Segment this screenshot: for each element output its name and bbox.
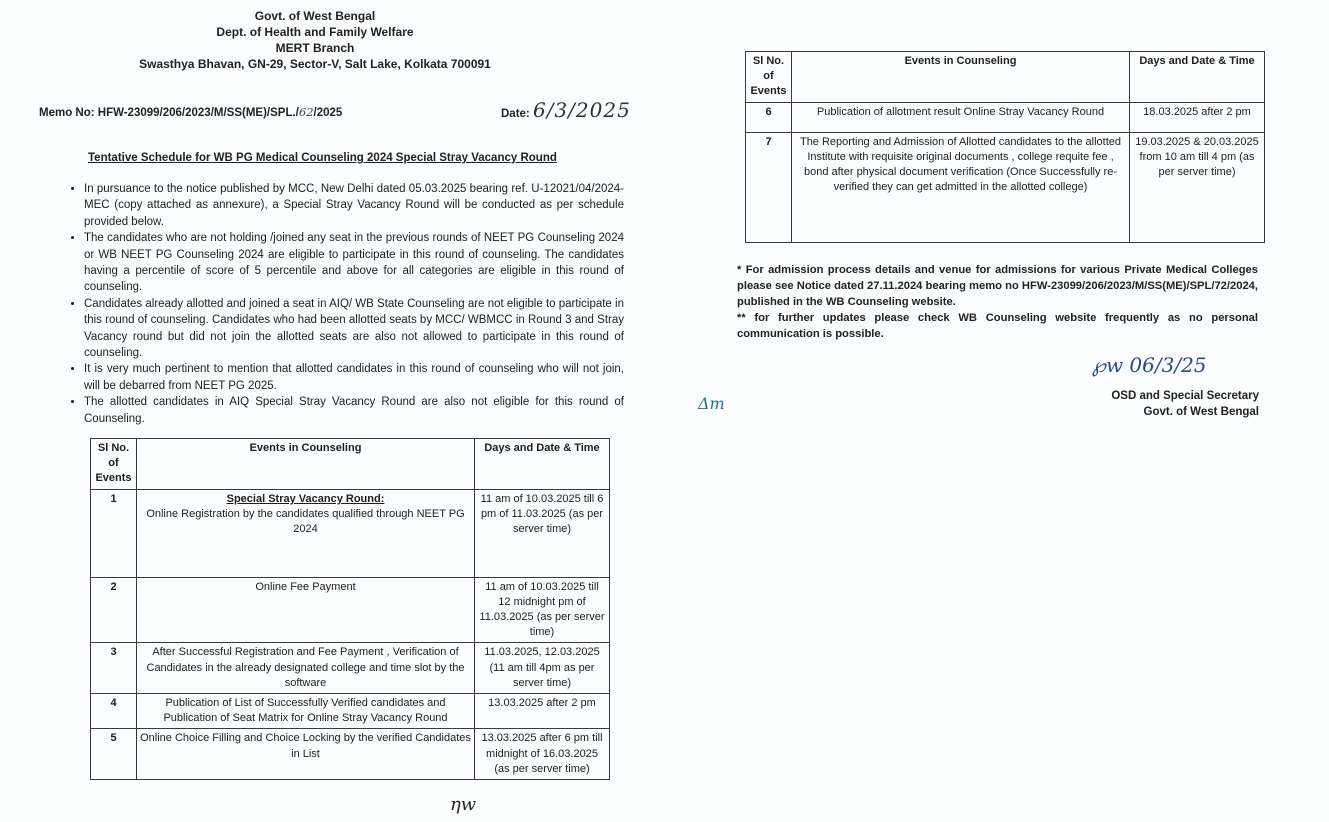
memo-date: Date: 6/3/2025 <box>501 98 631 122</box>
footnotes: * For admission process details and venu… <box>737 262 1258 342</box>
footnote-updates: ** for further updates please check WB C… <box>737 310 1258 342</box>
row-datetime: 13.03.2025 after 6 pm till midnight of 1… <box>475 729 610 780</box>
table-row: 1 Special Stray Vacancy Round: Online Re… <box>91 489 610 577</box>
table-header-row: Sl No. of Events Events in Counseling Da… <box>91 439 610 490</box>
list-item: It is very much pertinent to mention tha… <box>84 361 624 394</box>
header-sl-no: Sl No. of Events <box>91 439 137 490</box>
footnote-admission: * For admission process details and venu… <box>737 262 1258 310</box>
row-event: After Successful Registration and Fee Pa… <box>137 643 475 694</box>
handwritten-initials-icon: Δm <box>698 394 725 413</box>
table-row: 6 Publication of allotment result Online… <box>746 102 1265 132</box>
header-events: Events in Counseling <box>137 439 475 490</box>
document-page-2: Sl No. of Events Events in Counseling Da… <box>660 0 1329 822</box>
letterhead: Govt. of West Bengal Dept. of Health and… <box>0 8 630 72</box>
row-event: Publication of allotment result Online S… <box>792 102 1130 132</box>
handwritten-initials-icon: ηw <box>450 794 476 815</box>
row-event: The Reporting and Admission of Allotted … <box>792 132 1130 242</box>
row-datetime: 19.03.2025 & 20.03.2025 from 10 am till … <box>1130 132 1265 242</box>
table-row: 3 After Successful Registration and Fee … <box>91 643 610 694</box>
memo-number: Memo No: HFW-23099/206/2023/M/SS(ME)/SPL… <box>39 105 342 119</box>
letterhead-govt: Govt. of West Bengal <box>0 8 630 24</box>
schedule-table-part-1: Sl No. of Events Events in Counseling Da… <box>90 438 610 780</box>
list-item: The allotted candidates in AIQ Special S… <box>84 394 624 427</box>
row-event: Online Fee Payment <box>137 577 475 643</box>
table-header-row: Sl No. of Events Events in Counseling Da… <box>746 52 1265 103</box>
row-sl: 3 <box>91 643 137 694</box>
table-row: 4 Publication of List of Successfully Ve… <box>91 694 610 729</box>
row-sl: 1 <box>91 489 137 577</box>
letterhead-address: Swasthya Bhavan, GN-29, Sector-V, Salt L… <box>0 56 630 72</box>
table-row: 2 Online Fee Payment 11 am of 10.03.2025… <box>91 577 610 643</box>
memo-prefix: Memo No: HFW-23099/206/2023/M/SS(ME)/SPL… <box>39 107 299 119</box>
row-event: Online Choice Filling and Choice Locking… <box>137 729 475 780</box>
row-datetime: 13.03.2025 after 2 pm <box>475 694 610 729</box>
memo-suffix: /2025 <box>314 107 343 119</box>
table-row: 5 Online Choice Filling and Choice Locki… <box>91 729 610 780</box>
row-datetime: 11.03.2025, 12.03.2025 (11 am till 4pm a… <box>475 643 610 694</box>
row-datetime: 11 am of 10.03.2025 till 12 midnight pm … <box>475 577 610 643</box>
signatory-office: Govt. of West Bengal <box>1111 404 1259 420</box>
list-item: Candidates already allotted and joined a… <box>84 296 624 362</box>
schedule-table-part-2: Sl No. of Events Events in Counseling Da… <box>745 51 1265 243</box>
event-title: Special Stray Vacancy Round: <box>140 492 471 507</box>
memo-handwritten-number: 62 <box>299 105 314 119</box>
instructions-list: In pursuance to the notice published by … <box>60 181 624 427</box>
signatory-designation: OSD and Special Secretary <box>1111 388 1259 404</box>
event-text: Online Registration by the candidates qu… <box>140 507 471 537</box>
header-datetime: Days and Date & Time <box>475 439 610 490</box>
row-event: Publication of List of Successfully Veri… <box>137 694 475 729</box>
row-event: Special Stray Vacancy Round: Online Regi… <box>137 489 475 577</box>
header-sl-no: Sl No. of Events <box>746 52 792 103</box>
header-datetime: Days and Date & Time <box>1130 52 1265 103</box>
list-item: In pursuance to the notice published by … <box>84 181 624 230</box>
row-datetime: 11 am of 10.03.2025 till 6 pm of 11.03.2… <box>475 489 610 577</box>
row-sl: 2 <box>91 577 137 643</box>
document-page-1: Govt. of West Bengal Dept. of Health and… <box>0 0 660 822</box>
header-events: Events in Counseling <box>792 52 1130 103</box>
row-sl: 4 <box>91 694 137 729</box>
row-sl: 6 <box>746 102 792 132</box>
list-item: The candidates who are not holding /join… <box>84 230 624 296</box>
date-handwritten: 6/3/2025 <box>533 98 631 122</box>
signatory-block: OSD and Special Secretary Govt. of West … <box>1111 388 1259 420</box>
table-row: 7 The Reporting and Admission of Allotte… <box>746 132 1265 242</box>
signature-icon: ℘w 06/3/25 <box>1092 353 1207 377</box>
row-sl: 7 <box>746 132 792 242</box>
letterhead-branch: MERT Branch <box>0 40 630 56</box>
row-sl: 5 <box>91 729 137 780</box>
subject-heading: Tentative Schedule for WB PG Medical Cou… <box>88 152 557 164</box>
date-label: Date: <box>501 108 530 120</box>
row-datetime: 18.03.2025 after 2 pm <box>1130 102 1265 132</box>
letterhead-dept: Dept. of Health and Family Welfare <box>0 24 630 40</box>
